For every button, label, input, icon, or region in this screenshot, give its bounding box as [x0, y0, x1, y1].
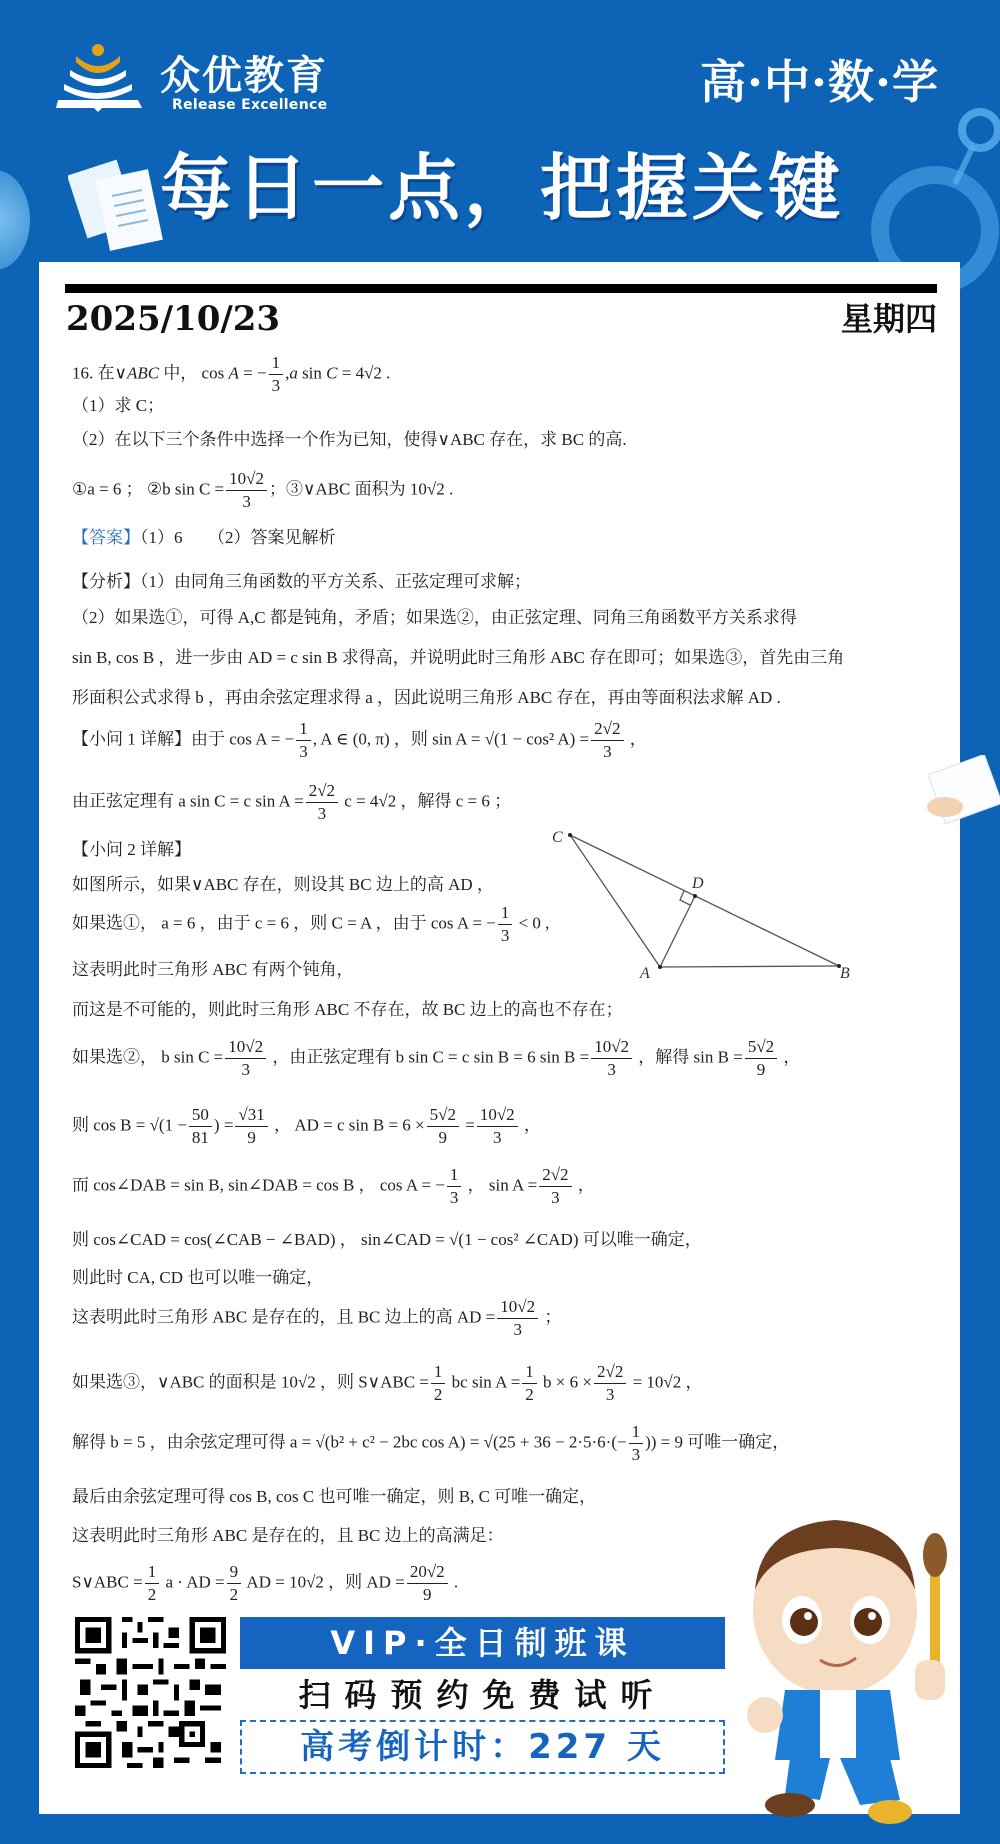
part2-line-12: 解得 b = 5 ，由余弦定理可得 a = √(b² + c² − 2bc co… — [72, 1421, 789, 1466]
fraction: 2√23 — [594, 1361, 626, 1406]
vertex-label-d: D — [691, 875, 704, 892]
fraction: 2√23 — [306, 780, 338, 825]
countdown-label: 高考倒计时： — [300, 1727, 528, 1767]
analysis-line-3: sin B, cos B ，进一步由 AD = c sin B 求得高，并说明此… — [72, 646, 844, 670]
fraction: 20√29 — [407, 1561, 448, 1606]
part1-line-1: 【小问 1 详解】由于 cos A = −13, A ∈ (0, π) ，则 s… — [72, 718, 647, 763]
divider-bar — [65, 284, 937, 293]
vip-course-banner[interactable]: VIP·全日制班课 — [240, 1617, 725, 1669]
part2-line-1: 如图所示，如果∨ABC 存在，则设其 BC 边上的高 AD ， — [72, 873, 494, 897]
fraction: 13 — [269, 352, 284, 397]
part2-line-14: 这表明此时三角形 ABC 是存在的，且 BC 边上的高满足： — [72, 1524, 504, 1548]
triangle-diagram: C D A B — [540, 820, 870, 980]
part2-line-5: 如果选②， b sin C =10√23 ，由正弦定理有 b sin C = c… — [72, 1036, 800, 1081]
gaokao-countdown: 高考倒计时：227 天 — [240, 1720, 725, 1774]
problem-text: A — [228, 363, 238, 382]
fraction: 2√23 — [539, 1164, 571, 1209]
vertex-label-c: C — [552, 829, 563, 846]
vertex-label-a: A — [639, 965, 650, 980]
countdown-unit: 天 — [611, 1727, 665, 1767]
fraction: 12 — [522, 1361, 537, 1406]
part2-line-13: 最后由余弦定理可得 cos B, cos C 也可唯一确定，则 B, C 可唯一… — [72, 1485, 596, 1509]
fraction: 2√23 — [591, 718, 623, 763]
problem-q1: （1）求 C； — [72, 394, 164, 418]
part2-line-6: 则 cos B = √(1 −5081) =√319 ， AD = c sin … — [72, 1104, 541, 1149]
fraction: 5√29 — [427, 1104, 459, 1149]
fraction: 5√29 — [745, 1036, 777, 1081]
weekday: 星期四 — [841, 296, 937, 342]
answer-tag: 【答案】 — [72, 528, 140, 547]
brand-name: 众优教育 — [160, 52, 328, 100]
part2-line-8: 则 cos∠CAD = cos(∠CAB − ∠BAD) ， sin∠CAD =… — [72, 1228, 702, 1252]
header: 众优教育 Release Excellence 高·中·数·学 每日一点，把握关… — [0, 0, 1000, 262]
part2-line-3: 这表明此时三角形 ABC 有两个钝角， — [72, 958, 353, 982]
part2-line-4: 而这是不可能的，则此时三角形 ABC 不存在，故 BC 边上的高也不存在； — [72, 998, 623, 1022]
part2-line-2: 如果选①， a = 6 ，由于 c = 6 ，则 C = A ，由于 cos A… — [72, 902, 549, 947]
problem-text: ABC — [127, 363, 159, 382]
fraction: √319 — [235, 1104, 267, 1149]
logo-icon — [56, 44, 146, 112]
part2-line-11: 如果选③，∨ABC 的面积是 10√2 ，则 S∨ABC =12 bc sin … — [72, 1361, 703, 1406]
scan-prompt: 扫码预约免费试听 — [240, 1672, 725, 1718]
answer-line: 【答案】（1）6 （2）答案见解析 — [72, 526, 336, 550]
problem-conditions: ①a = 6 ； ②b sin C =10√23；③∨ABC 面积为 10√2 … — [72, 468, 453, 513]
vertex-label-b: B — [840, 965, 850, 980]
date: 2025/10/23 — [66, 296, 280, 342]
analysis-line-1: 【分析】（1）由同角三角函数的平方关系、正弦定理可求解； — [72, 570, 531, 594]
fraction: 13 — [629, 1421, 644, 1466]
analysis-line-4: 形面积公式求得 b ，再由余弦定理求得 a ，因此说明三角形 ABC 存在，再由… — [72, 686, 781, 710]
part2-line-10: 这表明此时三角形 ABC 是存在的，且 BC 边上的高 AD =10√23 ； — [72, 1296, 561, 1341]
fraction: 12 — [431, 1361, 446, 1406]
mascot-illustration — [730, 1500, 970, 1830]
fraction: 5081 — [189, 1104, 212, 1149]
part2-line-9: 则此时 CA, CD 也可以唯一确定， — [72, 1266, 323, 1290]
fraction: 10√23 — [497, 1296, 538, 1341]
fraction: 10√23 — [477, 1104, 518, 1149]
fraction: 12 — [145, 1561, 160, 1606]
headline: 每日一点，把握关键 — [160, 148, 844, 228]
fraction: 10√23 — [591, 1036, 632, 1081]
fraction: 92 — [227, 1561, 242, 1606]
brand-slogan: Release Excellence — [172, 97, 327, 113]
fraction: 10√23 — [226, 468, 267, 513]
fraction: 10√23 — [225, 1036, 266, 1081]
part2-line-7: 而 cos∠DAB = sin B, sin∠DAB = cos B ， cos… — [72, 1164, 595, 1209]
paper-icon — [68, 152, 168, 262]
countdown-days: 227 — [528, 1727, 611, 1767]
part1-line-2: 由正弦定理有 a sin C = c sin A =2√23 c = 4√2 ，… — [72, 780, 511, 825]
problem-text: 中， cos — [159, 363, 228, 382]
problem-line-1: 16. 在∨ABC 中， cos A = −13,a sin C = 4√2 . — [72, 352, 390, 397]
problem-q2: （2）在以下三个条件中选择一个作为已知，使得∨ABC 存在，求 BC 的高. — [72, 428, 627, 452]
note-paper-icon — [925, 755, 1000, 825]
qr-code[interactable] — [75, 1617, 226, 1768]
fraction: 13 — [498, 902, 513, 947]
analysis-line-2: （2）如果选①，可得 A,C 都是钝角，矛盾；如果选②，由正弦定理、同角三角函数… — [72, 606, 797, 630]
fraction: 13 — [447, 1164, 462, 1209]
part2-line-15: S∨ABC =12 a · AD =92 AD = 10√2 ，则 AD =20… — [72, 1561, 458, 1606]
problem-text: 16. 在∨ — [72, 363, 127, 382]
fraction: 13 — [296, 718, 311, 763]
part2-title: 【小问 2 详解】 — [72, 838, 191, 862]
problem-text: = − — [239, 363, 267, 382]
